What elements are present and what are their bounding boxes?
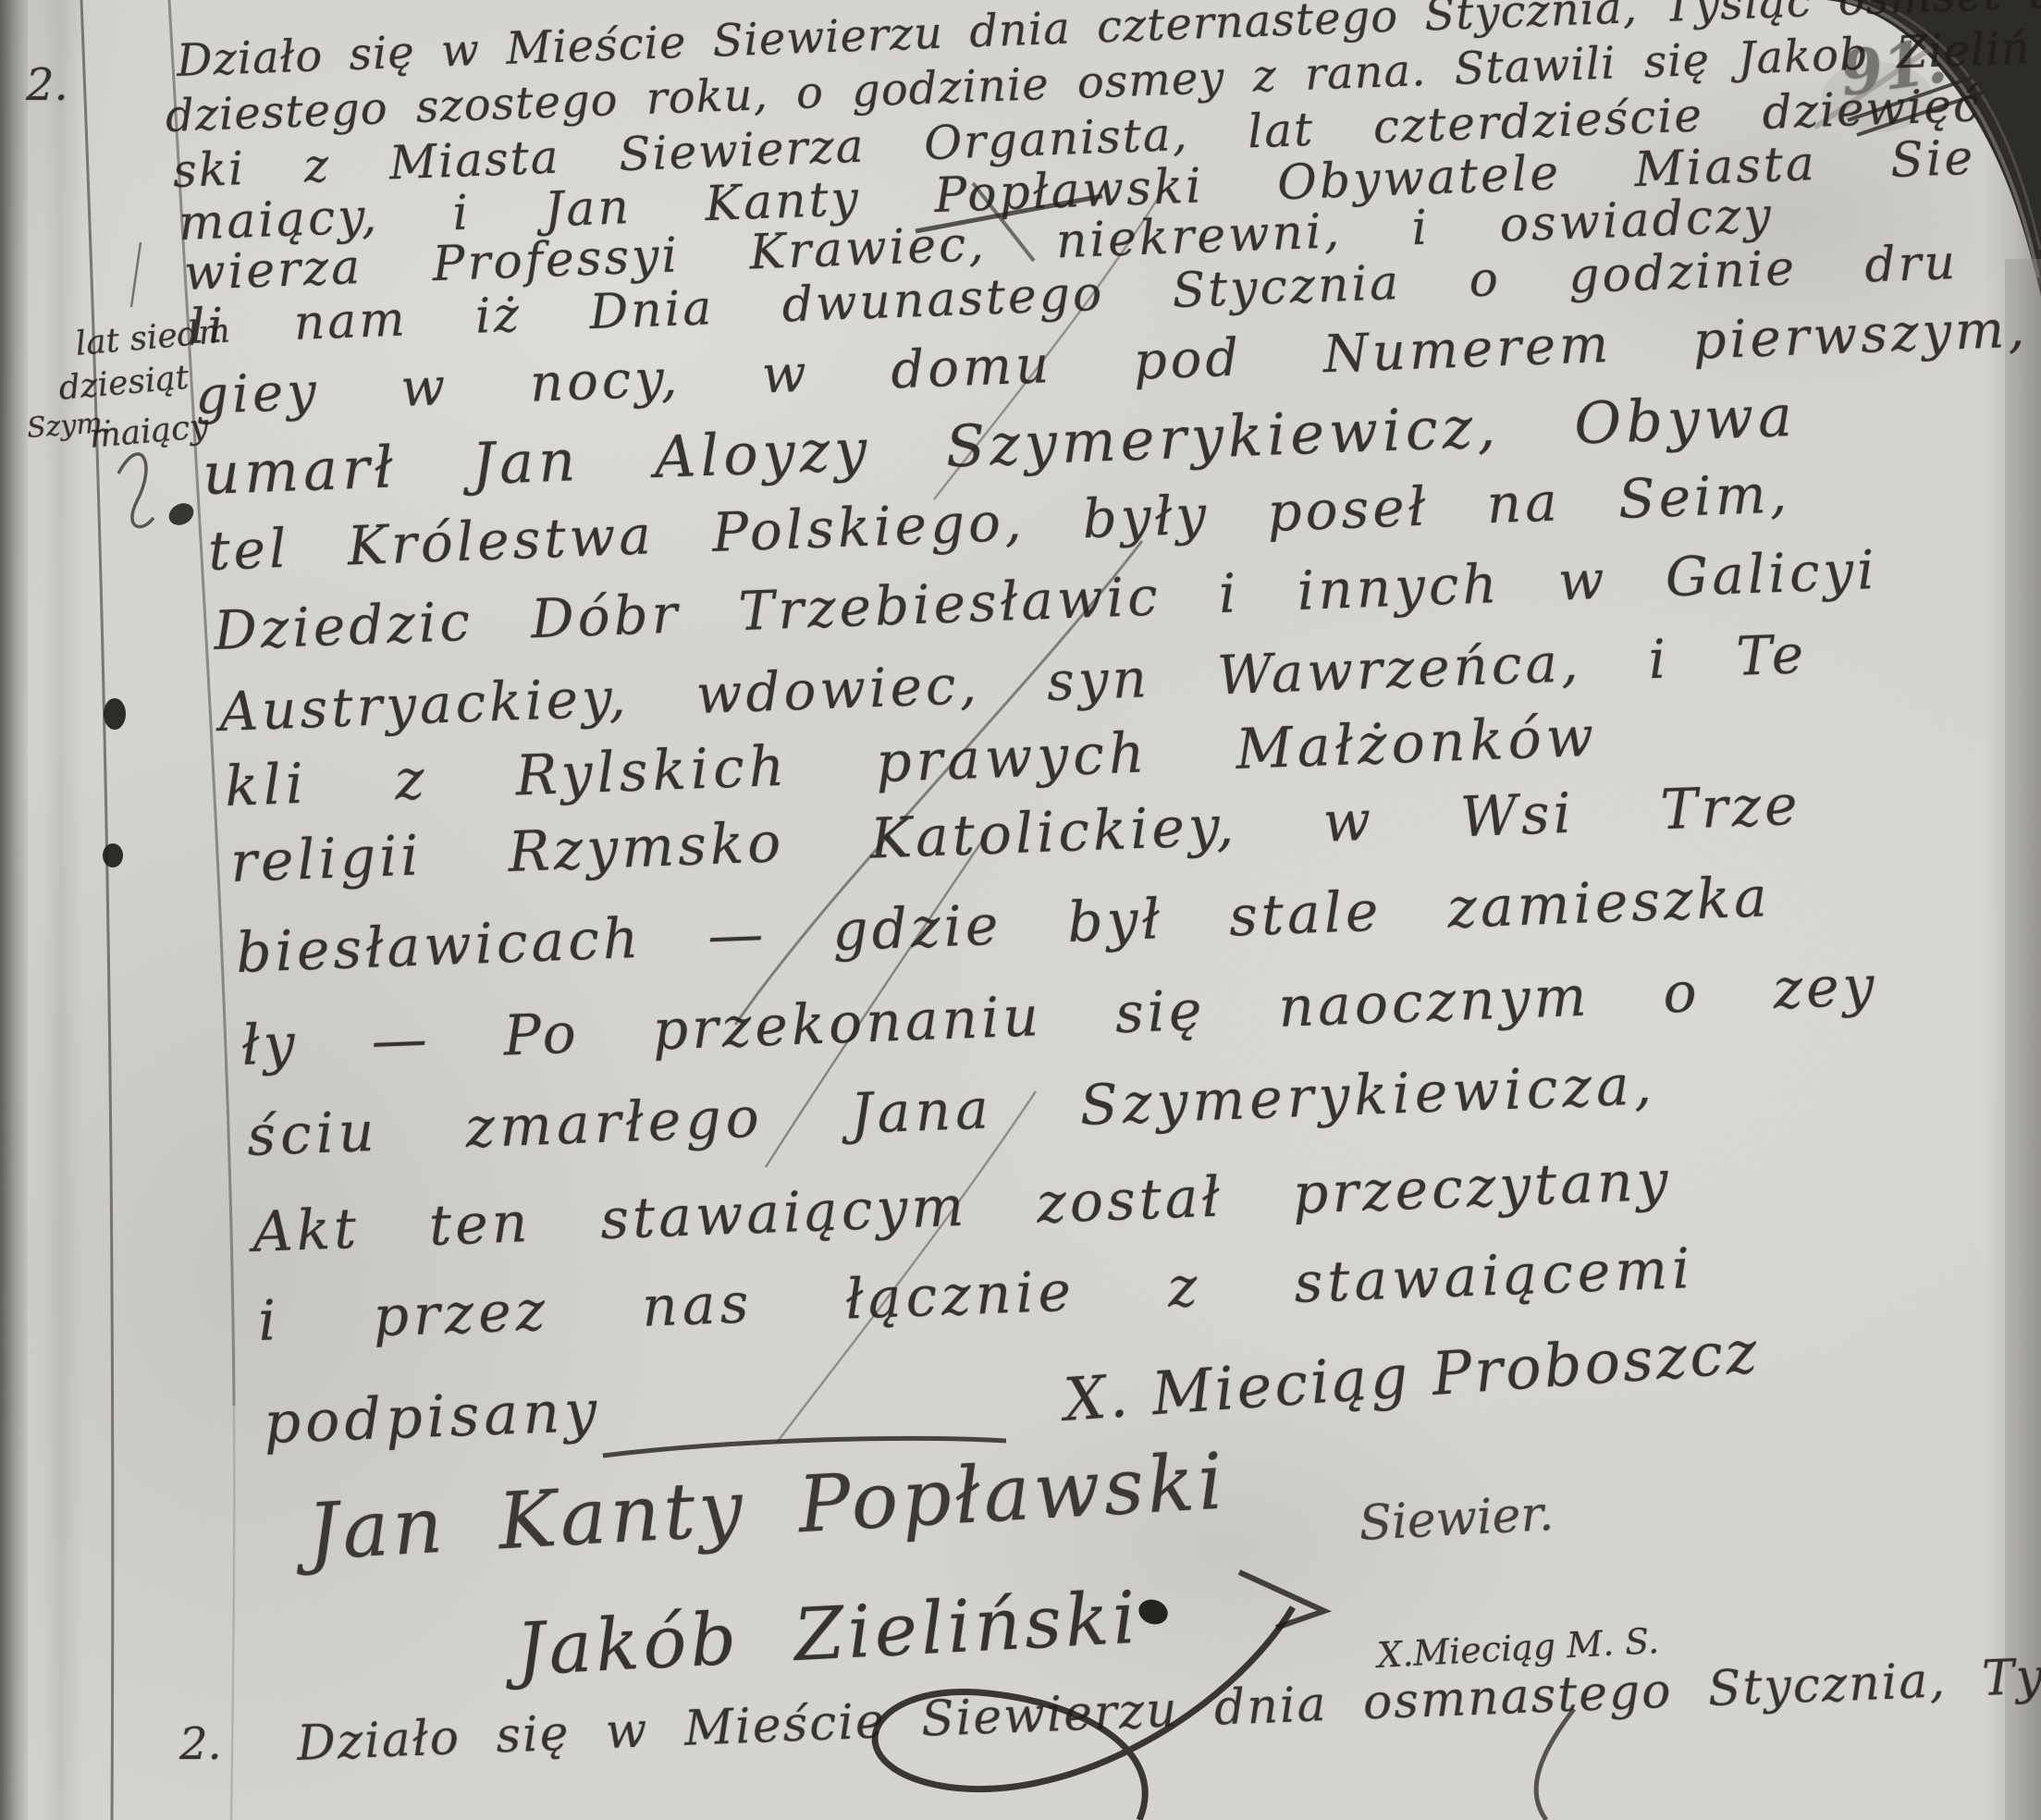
priest-signature: X. Mieciąg Proboszcz (1062, 1318, 1762, 1434)
register-page-scan: 91. 2. lat siedm dziesiąt Szym: maiący X… (0, 0, 2041, 1820)
priest-signature-place: Siewier. (1358, 1486, 1555, 1552)
margin-note-2: dziesiąt (57, 359, 191, 408)
next-entry-number: 2. (179, 1718, 222, 1770)
entry-number: 2. (26, 59, 68, 111)
witness-signature-1: Jan Kanty Popławski (305, 1435, 1229, 1577)
witness-signature-2: Jakób Zieliński (514, 1577, 1141, 1692)
record-line-19: podpisany (263, 1377, 602, 1457)
